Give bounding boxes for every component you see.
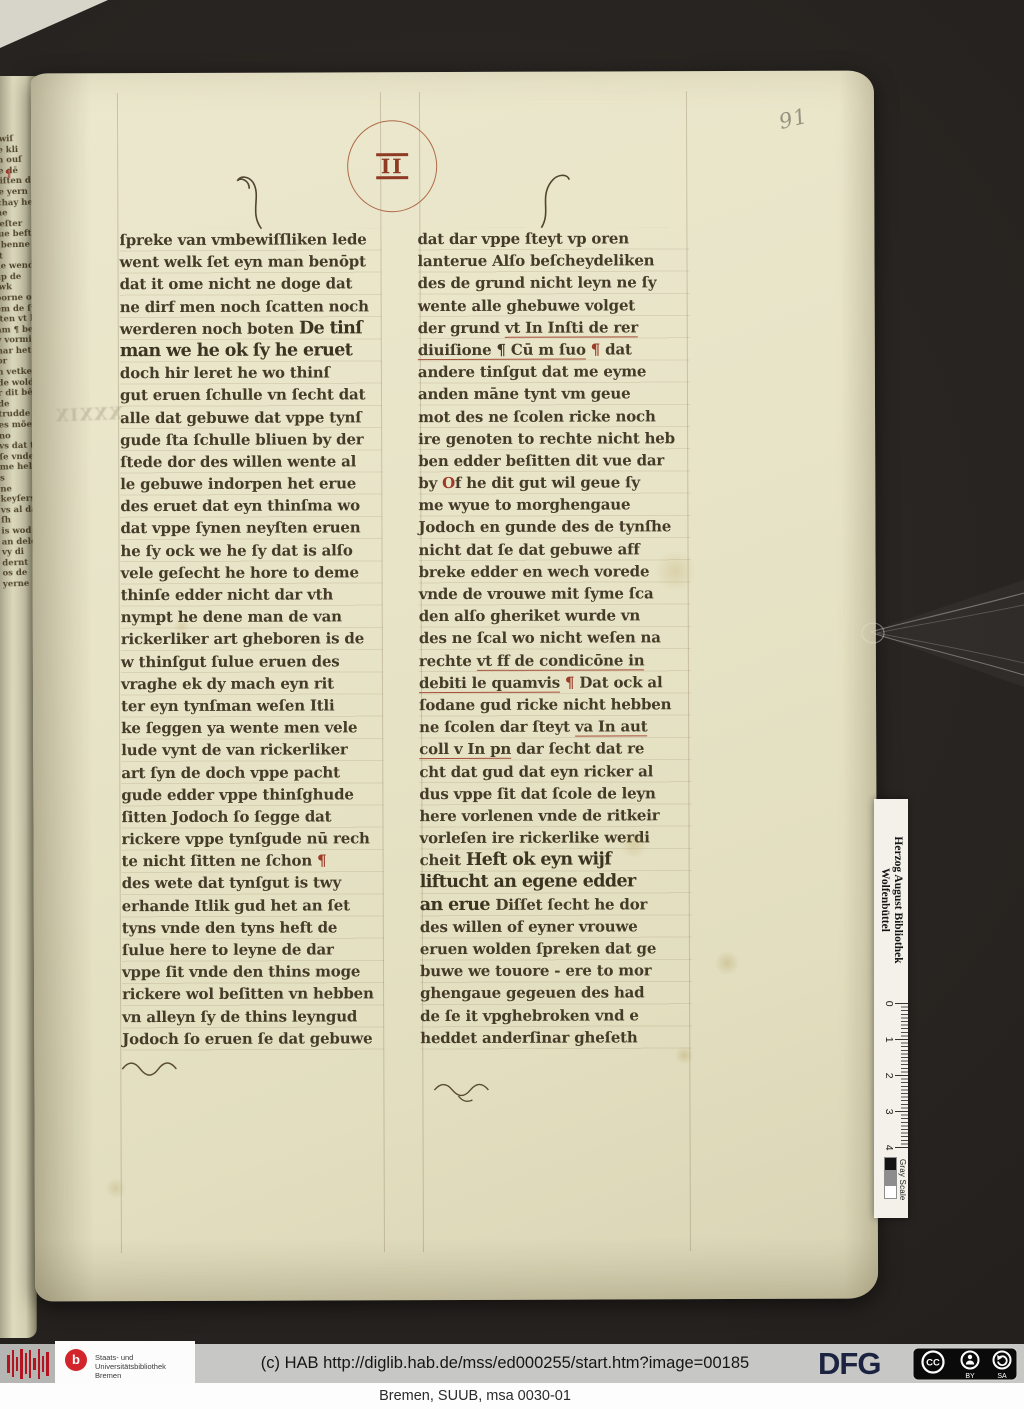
manuscript-line: ſitten Jodoch ſo ſegge dat xyxy=(121,805,383,828)
manuscript-line: liftucht an egene edder xyxy=(420,871,692,894)
ruler-cm-tick xyxy=(895,1003,908,1004)
manuscript-line: werderen noch boten De tinſ xyxy=(120,317,382,340)
ruler-number: 2 xyxy=(883,1073,895,1079)
manuscript-line: vraghe ek dy mach eyn rit xyxy=(121,672,383,695)
dfg-logo: DFG xyxy=(818,1344,880,1383)
manuscript-line: des wete dat tynſgut is twy xyxy=(122,872,384,895)
manuscript-line: ſulue here to leyne de dar xyxy=(122,938,384,961)
bremen-name-line2: Universitätsbibliothek xyxy=(95,1362,166,1371)
pen-flourish xyxy=(430,1078,500,1104)
manuscript-line: vppe ſit vnde den thins moge xyxy=(122,960,384,983)
manuscript-line: ghengaue gegeuen des had xyxy=(420,982,692,1005)
manuscript-line: ne dirf men noch ſcatten noch xyxy=(120,295,382,318)
manuscript-line: rickerliker art gheboren is de xyxy=(121,628,383,651)
manuscript-line: dat vppe ſynen neyſten eruen xyxy=(120,517,382,540)
manuscript-line: by Of he dit gut wil geue ſy xyxy=(418,471,690,494)
manuscript-line: gut eruen ſchulle vn ſecht dat xyxy=(120,384,382,407)
manuscript-line: des de grund nicht leyn ne ſy xyxy=(418,272,690,295)
manuscript-line: ke ſeggen ya wente men vele xyxy=(121,716,383,739)
ruler-number: 1 xyxy=(883,1037,895,1043)
cc-by-sa-badge: CC BY SA xyxy=(912,1347,1018,1381)
ruler-content: Herzog August Bibliothek Wolfenbüttel 01… xyxy=(874,799,908,1218)
ruler-cm-tick xyxy=(895,1075,908,1076)
manuscript-line: vn alleyn ſy de thins leyngud xyxy=(122,1005,384,1028)
manuscript-line: vnde de vrouwe mit ſyme ſca xyxy=(419,582,691,605)
manuscript-line: thinſe edder nicht dar vth xyxy=(121,583,383,606)
manuscript-line: w thinſgut ſulue eruen des xyxy=(121,650,383,673)
copyright-url: (c) HAB http://diglib.hab.de/mss/ed00025… xyxy=(200,1344,810,1383)
pen-flourish xyxy=(118,1055,188,1081)
gray-scale-patch: Gray Scale xyxy=(874,1157,908,1217)
manuscript-line: here vorlenen vnde de ritkeir xyxy=(419,804,691,827)
manuscript-line: des ne ſcal wo nicht weſen na xyxy=(419,627,691,650)
manuscript-line: ſtede dor des willen wente al xyxy=(120,450,382,473)
footer-white-strip: Bremen, SUUB, msa 0030-01 xyxy=(0,1383,1024,1409)
manuscript-line: anden māne tynt vm geue xyxy=(418,382,690,405)
ruler-cm-tick xyxy=(895,1111,908,1112)
manuscript-line: ſodane gud ricke nicht hebben xyxy=(419,693,691,716)
manuscript-line: rickere wol beſitten vn hebben xyxy=(122,983,384,1006)
text-column-left: ſpreke van vmbewiſſliken ledewent welk ſ… xyxy=(119,228,384,1053)
manuscript-line: ne ſcolen dar ſteyt va In aut xyxy=(419,715,691,738)
manuscript-line: ben edder beſitten dit vue dar xyxy=(418,449,690,472)
manuscript-line: Jodoch ſo eruen ſe dat gebuwe xyxy=(122,1027,384,1050)
pen-flourish xyxy=(531,170,577,230)
cc-by-label: BY xyxy=(965,1373,975,1380)
quire-mark-circle: II xyxy=(347,120,437,212)
manuscript-line: gude edder vppe thinſghude xyxy=(121,783,383,806)
gray-scale-square xyxy=(884,1157,897,1171)
ruler-cm-tick xyxy=(895,1039,908,1040)
manuscript-line: me wyue to morghengaue xyxy=(418,493,690,516)
manuscript-line: te nicht ſitten ne ſchon ¶ xyxy=(122,849,384,872)
manuscript-line: an erue Diſſet ſecht he dor xyxy=(420,893,692,916)
manuscript-line: art ſyn de doch vppe pacht xyxy=(121,761,383,784)
manuscript-line: lude vynt de van rickerliker xyxy=(121,739,383,762)
manuscript-line: dat dar vppe ſteyt vp oren xyxy=(417,227,689,250)
bremen-bars-logo xyxy=(0,1344,55,1383)
manuscript-line: diuiſione ¶ Cū m ſuo ¶ dat xyxy=(418,338,690,361)
bremen-bar xyxy=(38,1349,40,1379)
manuscript-line: gude ſta ſchulle bliuen by der xyxy=(120,428,382,451)
manuscript-line: breke edder en wech vorede xyxy=(419,560,691,583)
bremen-name-line3: Bremen xyxy=(95,1371,121,1380)
manuscript-line: erhande Itlik gud het an ſet xyxy=(122,894,384,917)
pen-flourish xyxy=(231,173,271,231)
manuscript-line: de ſe it vpghebroken vnd e xyxy=(420,1004,692,1027)
manuscript-line: rickere vppe tynſgude nū rech xyxy=(121,827,383,850)
manuscript-line: coll v In pn dar ſecht dat re xyxy=(419,737,691,760)
manuscript-line: lanterue Alſo beſcheydeliken xyxy=(417,249,689,272)
quire-mark-numeral: II xyxy=(376,153,409,179)
manuscript-line: debiti le quamvis ¶ Dat ock al xyxy=(419,671,691,694)
page-holder-clip xyxy=(855,575,1024,690)
manuscript-line: buwe we touore - ere to mor xyxy=(420,959,692,982)
ruler-cm-tick xyxy=(895,1147,908,1148)
manuscript-line: ter eyn tynſman weſen Itli xyxy=(121,694,383,717)
manuscript-line: heddet anderſinar gheſeth xyxy=(420,1026,692,1049)
manuscript-line: der grund vt In Inſti de rer xyxy=(418,316,690,339)
text-column-right: dat dar vppe ſteyt vp orenlanterue Alſo … xyxy=(417,227,692,1052)
color-scale-ruler: Herzog August Bibliothek Wolfenbüttel 01… xyxy=(874,799,908,1218)
shelfmark: Bremen, SUUB, msa 0030-01 xyxy=(379,1388,571,1404)
manuscript-line: des willen of eyner vrouwe xyxy=(420,915,692,938)
manuscript-line: went welk ſet eyn man benōpt xyxy=(119,250,381,273)
manuscript-line: des eruet dat eyn thinſma wo xyxy=(120,495,382,518)
gray-scale-square xyxy=(884,1185,897,1199)
foxing-stain xyxy=(714,951,740,975)
ruler-title-line2: Wolfenbüttel xyxy=(878,799,891,1001)
bremen-bar xyxy=(25,1353,27,1374)
manuscript-line: vorleſen ire rickerlike werdi xyxy=(419,826,691,849)
ruler-institution-label: Herzog August Bibliothek Wolfenbüttel xyxy=(874,799,908,1001)
gray-scale-squares xyxy=(884,1157,897,1217)
manuscript-line: cht dat gud dat eyn ricker al xyxy=(419,760,691,783)
photo-background: s wiſ de kli en ouſ ne dē wiſten d de ye… xyxy=(0,0,1024,1409)
bremen-library-logo: b Staats- und Universitätsbibliothek Bre… xyxy=(55,1341,195,1386)
bremen-bar xyxy=(29,1350,31,1378)
manuscript-line: doch hir leret he wo thinſ xyxy=(120,361,382,384)
manuscript-line: nympt he dene man de van xyxy=(121,605,383,628)
gray-scale-label: Gray Scale xyxy=(898,1159,907,1217)
manuscript-line: rechte vt ff de condicōne in xyxy=(419,649,691,672)
bremen-b-icon: b xyxy=(65,1349,87,1371)
bremen-bar xyxy=(20,1349,23,1379)
manuscript-page: II 91 XXXIX ſpreke van vmbewiſſliken led… xyxy=(31,71,878,1302)
ruler-number: 3 xyxy=(883,1109,895,1115)
cc-sa-label: SA xyxy=(997,1373,1007,1380)
manuscript-line: le gebuwe indorpen het erue xyxy=(120,472,382,495)
facing-page-rubric: ¶ xyxy=(5,169,11,180)
bremen-bar xyxy=(42,1356,44,1372)
manuscript-line: man we he ok ſy he eruet xyxy=(120,339,382,362)
ruler-number: 4 xyxy=(883,1145,895,1151)
margin-showthrough: XXXIX xyxy=(54,404,123,427)
manuscript-line: ſpreke van vmbewiſſliken lede xyxy=(119,228,381,251)
manuscript-line: dat it ome nicht ne doge dat xyxy=(120,273,382,296)
manuscript-line: mot des ne ſcolen ricke noch xyxy=(418,405,690,428)
ruler-title-line1: Herzog August Bibliothek xyxy=(891,799,904,1001)
bremen-name-line1: Staats- und xyxy=(95,1353,133,1362)
manuscript-line: he ſy ock we he ſy dat is alſo xyxy=(120,539,382,562)
footer-bar: b Staats- und Universitätsbibliothek Bre… xyxy=(0,1341,1024,1409)
manuscript-line: alle dat gebuwe dat vppe tynſ xyxy=(120,406,382,429)
gray-scale-square xyxy=(884,1171,897,1185)
manuscript-line: ire genoten to rechte nicht heb xyxy=(418,427,690,450)
bremen-bar xyxy=(7,1355,10,1373)
manuscript-line: eruen wolden ſpreken dat ge xyxy=(420,937,692,960)
bremen-library-name: Staats- und Universitätsbibliothek Breme… xyxy=(95,1353,166,1380)
ruler-number: 0 xyxy=(883,1001,895,1007)
page-corner-edge xyxy=(0,0,108,48)
ruler-centimeter-scale: 01234 xyxy=(874,1001,908,1157)
manuscript-line: nicht dat ſe dat gebuwe aff xyxy=(418,538,690,561)
bremen-bar xyxy=(33,1358,36,1370)
foxing-stain xyxy=(105,1178,127,1198)
bremen-bar xyxy=(16,1357,18,1371)
bremen-bar xyxy=(46,1352,49,1376)
manuscript-line: den alſo gheriket wurde vn xyxy=(419,604,691,627)
folio-number-pencil: 91 xyxy=(777,104,811,134)
manuscript-line: andere tinſgut dat me eyme xyxy=(418,360,690,383)
manuscript-line: cheit Heft ok eyn wijf xyxy=(420,848,692,871)
manuscript-line: Jodoch en gunde des de tynſhe xyxy=(418,516,690,539)
manuscript-line: dus vppe ſit dat ſcole de leyn xyxy=(419,782,691,805)
manuscript-line: wente alle ghebuwe volget xyxy=(418,294,690,317)
manuscript-line: vele geſecht he hore to deme xyxy=(121,561,383,584)
svg-text:CC: CC xyxy=(926,1358,940,1369)
footer-gray-strip: b Staats- und Universitätsbibliothek Bre… xyxy=(0,1344,1024,1383)
manuscript-line: tyns vnde den tyns heft de xyxy=(122,916,384,939)
bremen-bar xyxy=(12,1350,14,1377)
